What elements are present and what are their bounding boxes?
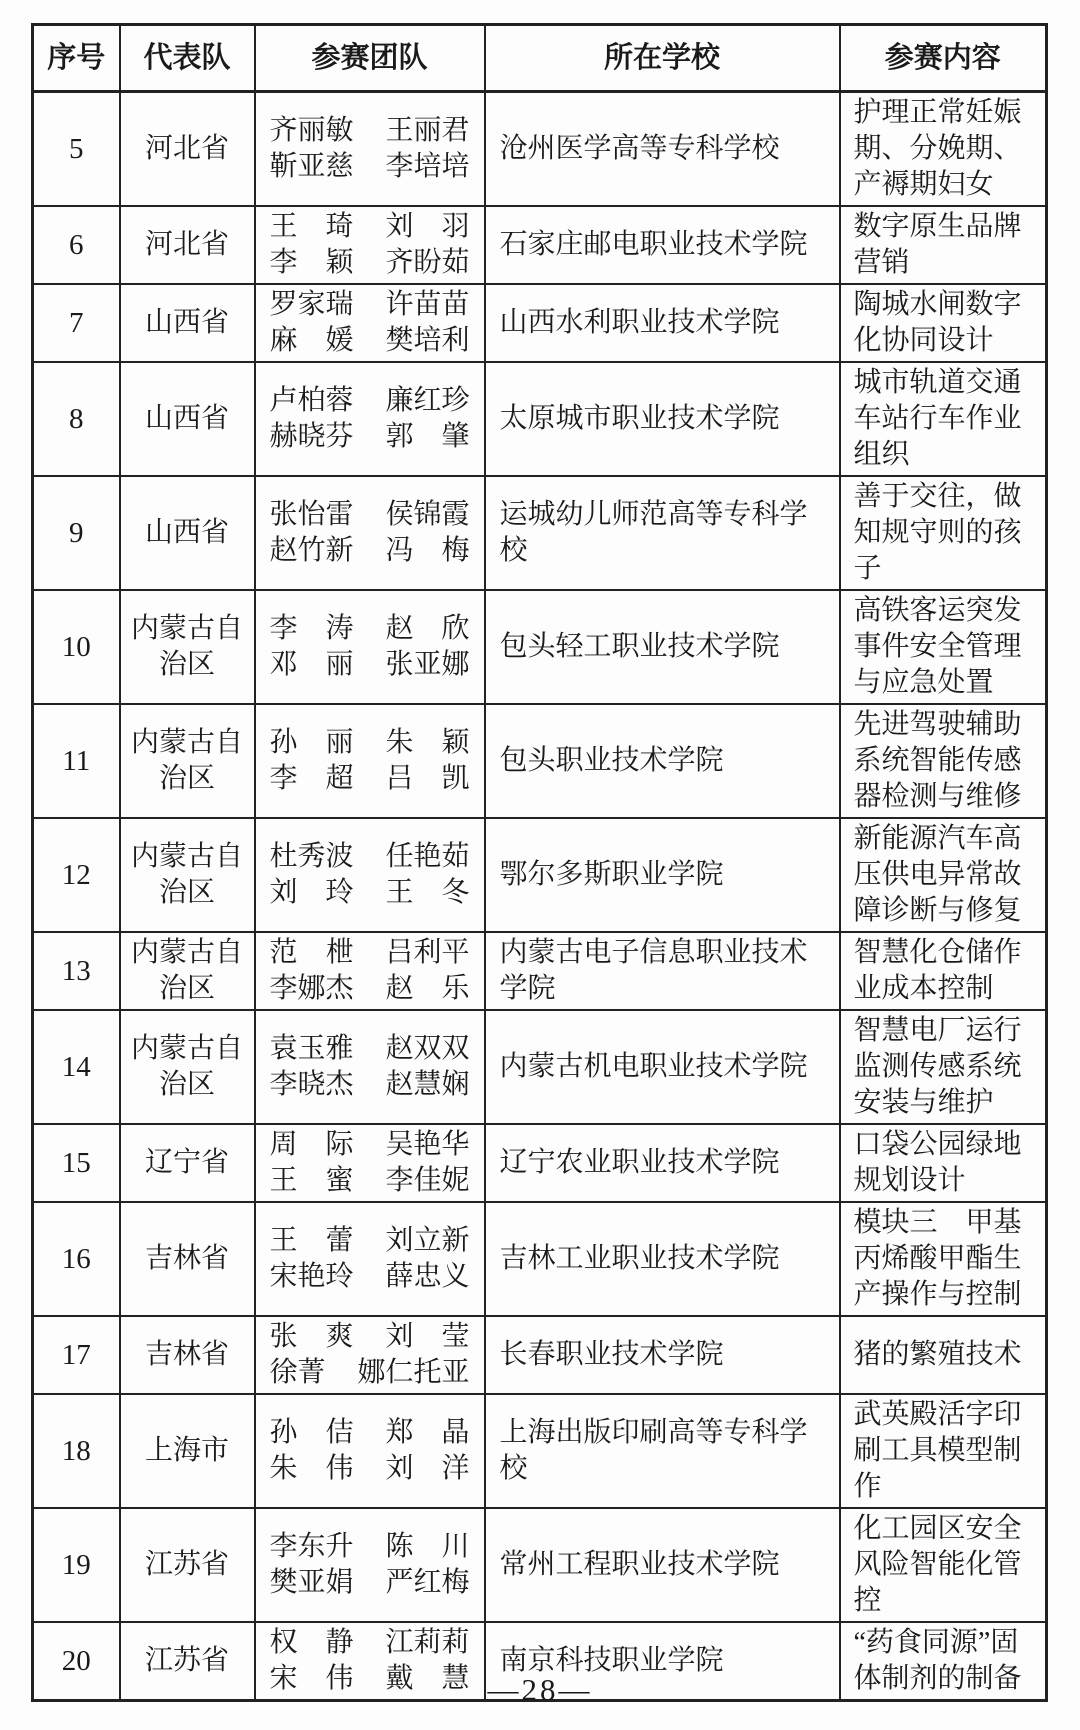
member-name: 李 颖 (270, 245, 354, 281)
header-cell-content: 参赛内容 (840, 25, 1047, 92)
member-name: 麻 媛 (270, 323, 354, 359)
cell-delegation: 内蒙古自 治区 (120, 590, 255, 704)
member-name: 严红梅 (385, 1565, 469, 1601)
cell-serial-number: 10 (33, 590, 120, 704)
cell-team-members: 孙 丽朱 颖李 超吕 凯 (255, 704, 485, 818)
cell-competition-content: 化工园区安全风险智能化管控 (840, 1508, 1047, 1622)
cell-competition-content: 高铁客运突发事件安全管理与应急处置 (840, 590, 1047, 704)
table-row: 7山西省罗家瑞许苗苗麻 媛樊培利山西水利职业技术学院陶城水闸数字化协同设计 (33, 284, 1047, 362)
member-name-line: 杜秀波任艳茹 (270, 839, 470, 875)
cell-school: 石家庄邮电职业技术学院 (485, 206, 840, 284)
member-name-line: 李 超吕 凯 (270, 761, 470, 797)
cell-team-members: 卢柏蓉廉红珍赫晓芬郭 肇 (255, 362, 485, 476)
table-row: 19江苏省李东升陈 川樊亚娟严红梅常州工程职业技术学院化工园区安全风险智能化管控 (33, 1508, 1047, 1622)
member-name-line: 李 颖齐盼茹 (270, 245, 470, 281)
cell-competition-content: 智慧电厂运行监测传感系统安装与维护 (840, 1010, 1047, 1124)
cell-serial-number: 7 (33, 284, 120, 362)
member-name-line: 靳亚慈李培培 (270, 149, 470, 185)
member-name-line: 张怡雷侯锦霞 (270, 497, 470, 533)
member-name: 许苗苗 (385, 287, 469, 323)
cell-team-members: 罗家瑞许苗苗麻 媛樊培利 (255, 284, 485, 362)
member-name-line: 徐菁娜仁托亚 (270, 1355, 470, 1391)
member-name: 郑 晶 (385, 1415, 469, 1451)
member-name: 赵竹新 (270, 533, 354, 569)
member-name: 刘 玲 (270, 875, 354, 911)
cell-team-members: 袁玉雅赵双双李晓杰赵慧娴 (255, 1010, 485, 1124)
member-name: 李 涛 (270, 611, 354, 647)
cell-competition-content: 数字原生品牌营销 (840, 206, 1047, 284)
cell-school: 吉林工业职业技术学院 (485, 1202, 840, 1316)
cell-serial-number: 18 (33, 1394, 120, 1508)
cell-serial-number: 11 (33, 704, 120, 818)
cell-competition-content: 智慧化仓储作业成本控制 (840, 932, 1047, 1010)
cell-school: 包头职业技术学院 (485, 704, 840, 818)
cell-serial-number: 12 (33, 818, 120, 932)
member-name: 张亚娜 (385, 647, 469, 683)
cell-delegation: 河北省 (120, 92, 255, 207)
cell-serial-number: 19 (33, 1508, 120, 1622)
member-name-line: 宋艳玲薛忠义 (270, 1259, 470, 1295)
cell-school: 沧州医学高等专科学校 (485, 92, 840, 207)
cell-team-members: 周 际吴艳华王 蜜李佳妮 (255, 1124, 485, 1202)
cell-delegation: 山西省 (120, 476, 255, 590)
member-name: 王丽君 (385, 113, 469, 149)
cell-team-members: 张 爽刘 莹徐菁娜仁托亚 (255, 1316, 485, 1394)
cell-competition-content: 护理正常妊娠期、分娩期、产褥期妇女 (840, 92, 1047, 207)
member-name: 任艳茹 (385, 839, 469, 875)
table-row: 8山西省卢柏蓉廉红珍赫晓芬郭 肇太原城市职业技术学院城市轨道交通车站行车作业组织 (33, 362, 1047, 476)
cell-delegation: 吉林省 (120, 1202, 255, 1316)
table-row: 9山西省张怡雷侯锦霞赵竹新冯 梅运城幼儿师范高等专科学校善于交往，做知规守则的孩… (33, 476, 1047, 590)
member-name-line: 刘 玲王 冬 (270, 875, 470, 911)
cell-team-members: 王 琦刘 羽李 颖齐盼茹 (255, 206, 485, 284)
member-name-line: 罗家瑞许苗苗 (270, 287, 470, 323)
cell-school: 山西水利职业技术学院 (485, 284, 840, 362)
document-page: 序号代表队参赛团队所在学校参赛内容 5河北省齐丽敏王丽君靳亚慈李培培沧州医学高等… (0, 0, 1080, 1730)
cell-delegation: 山西省 (120, 284, 255, 362)
member-name: 樊培利 (385, 323, 469, 359)
cell-serial-number: 15 (33, 1124, 120, 1202)
cell-competition-content: 陶城水闸数字化协同设计 (840, 284, 1047, 362)
member-name: 李佳妮 (385, 1163, 469, 1199)
member-name: 李东升 (270, 1529, 354, 1565)
cell-competition-content: 城市轨道交通车站行车作业组织 (840, 362, 1047, 476)
header-cell-members: 参赛团队 (255, 25, 485, 92)
member-name: 赵 欣 (385, 611, 469, 647)
member-name-line: 李 涛赵 欣 (270, 611, 470, 647)
cell-serial-number: 14 (33, 1010, 120, 1124)
member-name: 张 爽 (270, 1319, 354, 1355)
member-name: 李培培 (385, 149, 469, 185)
table-row: 10内蒙古自 治区李 涛赵 欣邓 丽张亚娜包头轻工职业技术学院高铁客运突发事件安… (33, 590, 1047, 704)
member-name: 陈 川 (385, 1529, 469, 1565)
member-name-line: 卢柏蓉廉红珍 (270, 383, 470, 419)
member-name: 王 蕾 (270, 1223, 354, 1259)
header-cell-team: 代表队 (120, 25, 255, 92)
member-name-line: 周 际吴艳华 (270, 1127, 470, 1163)
member-name-line: 樊亚娟严红梅 (270, 1565, 470, 1601)
member-name: 冯 梅 (385, 533, 469, 569)
table-row: 12内蒙古自 治区杜秀波任艳茹刘 玲王 冬鄂尔多斯职业学院新能源汽车高压供电异常… (33, 818, 1047, 932)
cell-delegation: 内蒙古自 治区 (120, 818, 255, 932)
cell-delegation: 内蒙古自 治区 (120, 704, 255, 818)
cell-delegation: 辽宁省 (120, 1124, 255, 1202)
member-name-line: 朱 伟刘 洋 (270, 1451, 470, 1487)
member-name-line: 赵竹新冯 梅 (270, 533, 470, 569)
cell-team-members: 李 涛赵 欣邓 丽张亚娜 (255, 590, 485, 704)
cell-competition-content: 武英殿活字印刷工具模型制作 (840, 1394, 1047, 1508)
member-name: 廉红珍 (385, 383, 469, 419)
cell-serial-number: 16 (33, 1202, 120, 1316)
member-name: 王 蜜 (270, 1163, 354, 1199)
member-name: 王 冬 (385, 875, 469, 911)
member-name: 罗家瑞 (270, 287, 354, 323)
member-name: 吕利平 (385, 935, 469, 971)
member-name-line: 王 琦刘 羽 (270, 209, 470, 245)
page-number: —28— (0, 1672, 1080, 1708)
table-body: 5河北省齐丽敏王丽君靳亚慈李培培沧州医学高等专科学校护理正常妊娠期、分娩期、产褥… (33, 92, 1047, 1701)
member-name-line: 张 爽刘 莹 (270, 1319, 470, 1355)
member-name: 徐菁 (270, 1355, 326, 1391)
member-name: 齐丽敏 (270, 113, 354, 149)
member-name-line: 王 蕾刘立新 (270, 1223, 470, 1259)
cell-school: 内蒙古机电职业技术学院 (485, 1010, 840, 1124)
cell-school: 上海出版印刷高等专科学校 (485, 1394, 840, 1508)
cell-delegation: 上海市 (120, 1394, 255, 1508)
member-name: 齐盼茹 (385, 245, 469, 281)
cell-delegation: 河北省 (120, 206, 255, 284)
cell-school: 运城幼儿师范高等专科学校 (485, 476, 840, 590)
member-name-line: 邓 丽张亚娜 (270, 647, 470, 683)
cell-competition-content: 模块三 甲基丙烯酸甲酯生产操作与控制 (840, 1202, 1047, 1316)
member-name-line: 李娜杰赵 乐 (270, 971, 470, 1007)
member-name: 李 超 (270, 761, 354, 797)
member-name-line: 王 蜜李佳妮 (270, 1163, 470, 1199)
cell-team-members: 齐丽敏王丽君靳亚慈李培培 (255, 92, 485, 207)
competition-table: 序号代表队参赛团队所在学校参赛内容 5河北省齐丽敏王丽君靳亚慈李培培沧州医学高等… (31, 23, 1048, 1702)
member-name: 范 枻 (270, 935, 354, 971)
member-name: 刘 洋 (385, 1451, 469, 1487)
cell-competition-content: 先进驾驶辅助系统智能传感器检测与维修 (840, 704, 1047, 818)
table-header: 序号代表队参赛团队所在学校参赛内容 (33, 25, 1047, 92)
table-row: 16吉林省王 蕾刘立新宋艳玲薛忠义吉林工业职业技术学院模块三 甲基丙烯酸甲酯生产… (33, 1202, 1047, 1316)
member-name: 宋艳玲 (270, 1259, 354, 1295)
cell-team-members: 范 枻吕利平李娜杰赵 乐 (255, 932, 485, 1010)
cell-school: 太原城市职业技术学院 (485, 362, 840, 476)
table-row: 5河北省齐丽敏王丽君靳亚慈李培培沧州医学高等专科学校护理正常妊娠期、分娩期、产褥… (33, 92, 1047, 207)
member-name: 权 静 (270, 1625, 354, 1661)
member-name: 侯锦霞 (385, 497, 469, 533)
cell-serial-number: 13 (33, 932, 120, 1010)
cell-serial-number: 9 (33, 476, 120, 590)
cell-team-members: 王 蕾刘立新宋艳玲薛忠义 (255, 1202, 485, 1316)
member-name: 张怡雷 (270, 497, 354, 533)
header-cell-school: 所在学校 (485, 25, 840, 92)
member-name-line: 权 静江莉莉 (270, 1625, 470, 1661)
member-name: 刘 莹 (385, 1319, 469, 1355)
member-name-line: 范 枻吕利平 (270, 935, 470, 971)
member-name: 孙 丽 (270, 725, 354, 761)
header-cell-no: 序号 (33, 25, 120, 92)
member-name-line: 齐丽敏王丽君 (270, 113, 470, 149)
cell-competition-content: 新能源汽车高压供电异常故障诊断与修复 (840, 818, 1047, 932)
member-name: 赵双双 (385, 1031, 469, 1067)
member-name: 靳亚慈 (270, 149, 354, 185)
cell-competition-content: 口袋公园绿地规划设计 (840, 1124, 1047, 1202)
table-row: 13内蒙古自 治区范 枻吕利平李娜杰赵 乐内蒙古电子信息职业技术学院智慧化仓储作… (33, 932, 1047, 1010)
member-name: 李晓杰 (270, 1067, 354, 1103)
member-name: 吕 凯 (385, 761, 469, 797)
cell-delegation: 内蒙古自 治区 (120, 932, 255, 1010)
member-name: 杜秀波 (270, 839, 354, 875)
member-name-line: 麻 媛樊培利 (270, 323, 470, 359)
table-row: 11内蒙古自 治区孙 丽朱 颖李 超吕 凯包头职业技术学院先进驾驶辅助系统智能传… (33, 704, 1047, 818)
member-name: 朱 颖 (385, 725, 469, 761)
cell-delegation: 山西省 (120, 362, 255, 476)
table-row: 17吉林省张 爽刘 莹徐菁娜仁托亚长春职业技术学院猪的繁殖技术 (33, 1316, 1047, 1394)
cell-school: 常州工程职业技术学院 (485, 1508, 840, 1622)
cell-delegation: 吉林省 (120, 1316, 255, 1394)
cell-team-members: 孙 佶郑 晶朱 伟刘 洋 (255, 1394, 485, 1508)
member-name-line: 孙 佶郑 晶 (270, 1415, 470, 1451)
member-name: 卢柏蓉 (270, 383, 354, 419)
cell-school: 长春职业技术学院 (485, 1316, 840, 1394)
table-header-row: 序号代表队参赛团队所在学校参赛内容 (33, 25, 1047, 92)
member-name-line: 李东升陈 川 (270, 1529, 470, 1565)
cell-serial-number: 8 (33, 362, 120, 476)
member-name: 朱 伟 (270, 1451, 354, 1487)
member-name: 薛忠义 (385, 1259, 469, 1295)
member-name-line: 赫晓芬郭 肇 (270, 419, 470, 455)
table-row: 18上海市孙 佶郑 晶朱 伟刘 洋上海出版印刷高等专科学校武英殿活字印刷工具模型… (33, 1394, 1047, 1508)
member-name: 周 际 (270, 1127, 354, 1163)
cell-competition-content: 善于交往，做知规守则的孩子 (840, 476, 1047, 590)
table-row: 15辽宁省周 际吴艳华王 蜜李佳妮辽宁农业职业技术学院口袋公园绿地规划设计 (33, 1124, 1047, 1202)
member-name: 江莉莉 (385, 1625, 469, 1661)
cell-school: 内蒙古电子信息职业技术学院 (485, 932, 840, 1010)
member-name: 娜仁托亚 (357, 1355, 469, 1391)
member-name: 孙 佶 (270, 1415, 354, 1451)
member-name: 赫晓芬 (270, 419, 354, 455)
member-name: 赵慧娴 (385, 1067, 469, 1103)
cell-delegation: 内蒙古自 治区 (120, 1010, 255, 1124)
cell-team-members: 张怡雷侯锦霞赵竹新冯 梅 (255, 476, 485, 590)
member-name: 樊亚娟 (270, 1565, 354, 1601)
cell-team-members: 李东升陈 川樊亚娟严红梅 (255, 1508, 485, 1622)
member-name-line: 袁玉雅赵双双 (270, 1031, 470, 1067)
member-name: 王 琦 (270, 209, 354, 245)
cell-delegation: 江苏省 (120, 1508, 255, 1622)
cell-serial-number: 5 (33, 92, 120, 207)
member-name: 邓 丽 (270, 647, 354, 683)
member-name: 袁玉雅 (270, 1031, 354, 1067)
cell-school: 辽宁农业职业技术学院 (485, 1124, 840, 1202)
cell-team-members: 杜秀波任艳茹刘 玲王 冬 (255, 818, 485, 932)
member-name: 李娜杰 (270, 971, 354, 1007)
member-name: 刘 羽 (385, 209, 469, 245)
member-name: 赵 乐 (385, 971, 469, 1007)
member-name: 吴艳华 (385, 1127, 469, 1163)
cell-serial-number: 6 (33, 206, 120, 284)
member-name: 刘立新 (385, 1223, 469, 1259)
cell-serial-number: 17 (33, 1316, 120, 1394)
table-row: 6河北省王 琦刘 羽李 颖齐盼茹石家庄邮电职业技术学院数字原生品牌营销 (33, 206, 1047, 284)
member-name-line: 李晓杰赵慧娴 (270, 1067, 470, 1103)
table-row: 14内蒙古自 治区袁玉雅赵双双李晓杰赵慧娴内蒙古机电职业技术学院智慧电厂运行监测… (33, 1010, 1047, 1124)
cell-competition-content: 猪的繁殖技术 (840, 1316, 1047, 1394)
cell-school: 包头轻工职业技术学院 (485, 590, 840, 704)
member-name: 郭 肇 (385, 419, 469, 455)
cell-school: 鄂尔多斯职业学院 (485, 818, 840, 932)
member-name-line: 孙 丽朱 颖 (270, 725, 470, 761)
